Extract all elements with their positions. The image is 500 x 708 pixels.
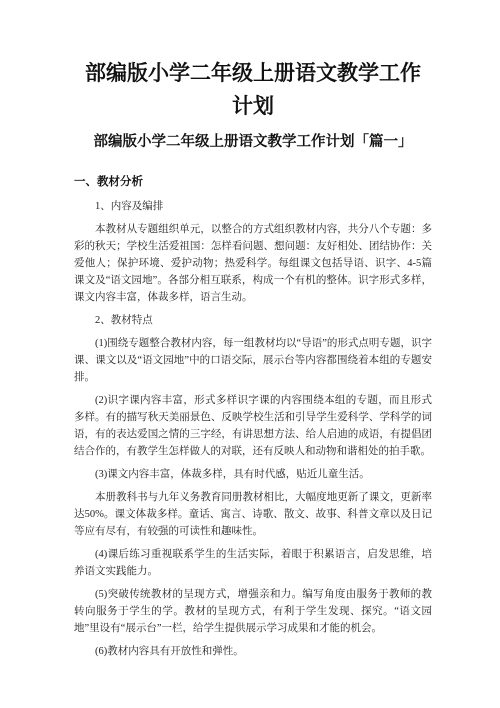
paragraph-feature-2-literacy-lessons: (2)识字课内容丰富，形式多样识字课的内容围绕本组的专题，而且形式多样。有的描写… bbox=[74, 392, 432, 460]
paragraph-material-overview: 本教材从专题组织单元，以整合的方式组织教材内容，共分八个专题：多彩的秋天；学校生… bbox=[74, 221, 432, 306]
page-subtitle: 部编版小学二年级上册语文教学工作计划「篇一」 bbox=[74, 132, 432, 153]
page-title: 部编版小学二年级上册语文教学工作计划 bbox=[81, 57, 426, 123]
paragraph-feature-4-exercises: (4)课后练习重视联系学生的生活实际，着眼于积累语言，启发思维，培养语文实践能力… bbox=[74, 546, 432, 580]
document-content: 部编版小学二年级上册语文教学工作计划 部编版小学二年级上册语文教学工作计划「篇一… bbox=[0, 0, 500, 660]
subheading-material-features: 2、教材特点 bbox=[74, 312, 432, 329]
paragraph-feature-5-presentation-style: (5)突破传统教材的呈现方式，增强亲和力。编写角度由服务于教师的教转向服务于学生… bbox=[74, 586, 432, 637]
paragraph-feature-6-openness: (6)教材内容具有开放性和弹性。 bbox=[74, 643, 432, 660]
section-heading-material-analysis: 一、教材分析 bbox=[74, 175, 432, 190]
document-page: 部编版小学二年级上册语文教学工作计划 部编版小学二年级上册语文教学工作计划「篇一… bbox=[0, 0, 500, 708]
paragraph-feature-1-theme-integration: (1)围绕专题整合教材内容，每一组教材均以“导语”的形式点明专题，识字课、课文以… bbox=[74, 335, 432, 386]
paragraph-feature-3-rich-content: (3)课文内容丰富，体裁多样，具有时代感，贴近儿童生活。 bbox=[74, 466, 432, 483]
paragraph-textbook-update-rate: 本册教科书与九年义务教育同册教材相比，大幅度地更新了课文，更新率达50%。课文体… bbox=[74, 489, 432, 540]
subheading-content-and-arrangement: 1、内容及编排 bbox=[74, 198, 432, 215]
